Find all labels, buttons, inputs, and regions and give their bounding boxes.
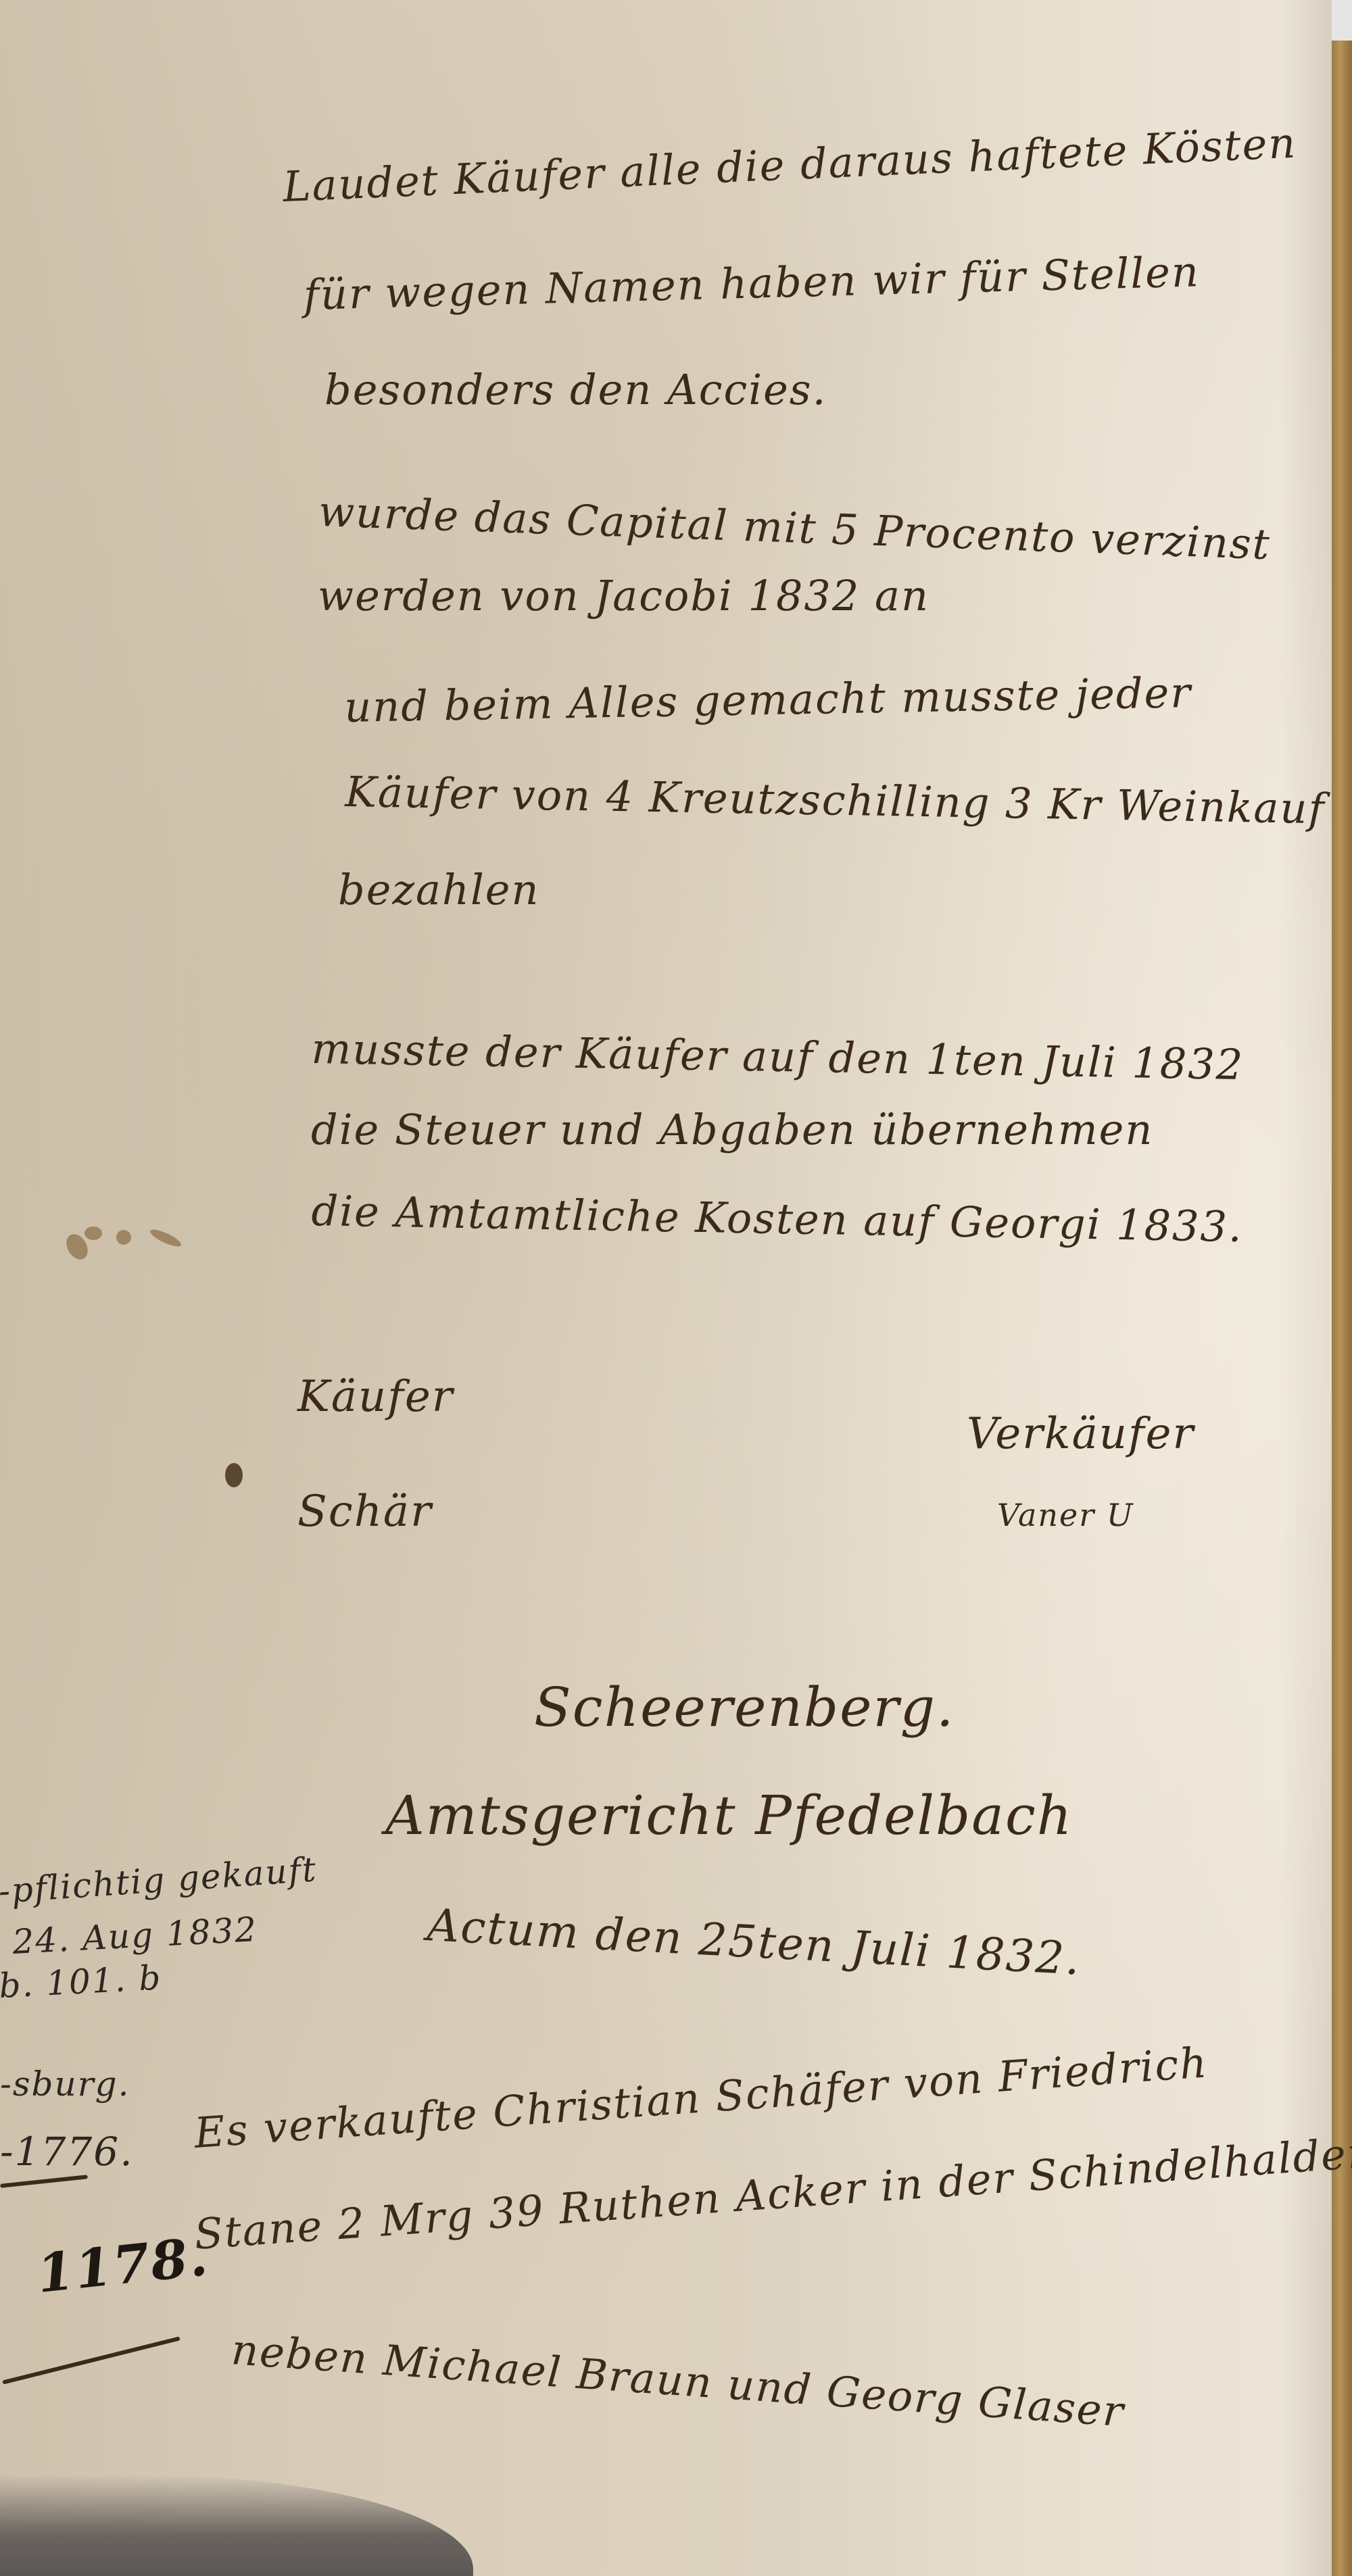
ink-stain bbox=[84, 1227, 102, 1240]
seller-label: Verkäufer bbox=[967, 1409, 1194, 1459]
entry-place-heading: Scheerenberg. bbox=[534, 1676, 955, 1739]
body-line-5: werden von Jacobi 1832 an bbox=[318, 571, 930, 620]
ink-stain bbox=[225, 1463, 243, 1487]
buyer-signature: Schär bbox=[297, 1487, 433, 1537]
body-line-10: die Steuer und Abgaben übernehmen bbox=[311, 1105, 1153, 1154]
margin-note-5: -1776. bbox=[0, 2129, 134, 2175]
buyer-label: Käufer bbox=[297, 1372, 454, 1422]
body-line-3: besonders den Accies. bbox=[324, 365, 827, 414]
ink-stain bbox=[116, 1230, 131, 1245]
book-cover-edge bbox=[1332, 41, 1352, 2576]
seller-signature: Vaner U bbox=[997, 1497, 1134, 1533]
entry-court-heading: Amtsgericht Pfedelbach bbox=[385, 1784, 1073, 1847]
margin-note-4: -sburg. bbox=[0, 2064, 130, 2104]
body-line-8: bezahlen bbox=[338, 865, 539, 914]
